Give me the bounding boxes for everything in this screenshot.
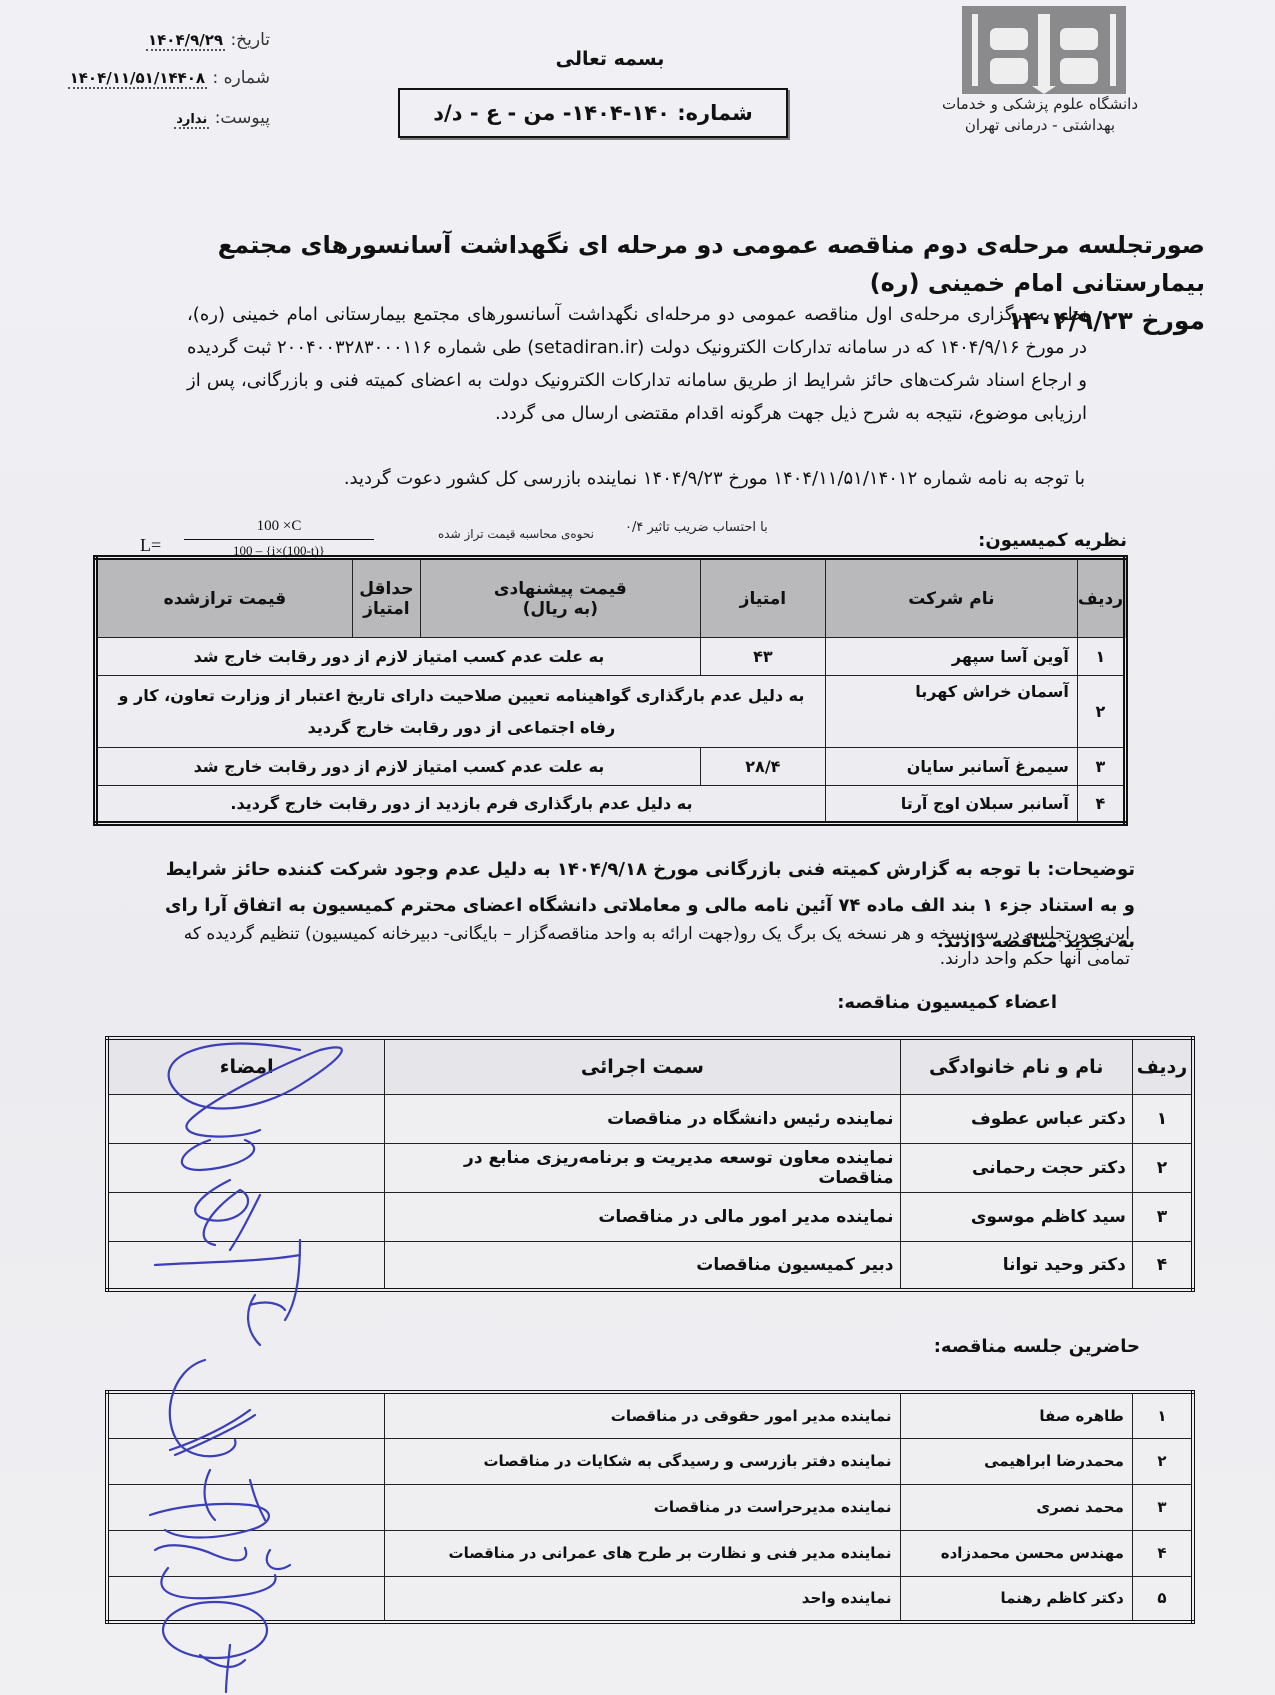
table-row: ۳ سید کاظم موسوی نماینده مدیر امور مالی … bbox=[107, 1192, 1193, 1241]
signature-cell bbox=[107, 1392, 385, 1438]
member-name: دکتر عباس عطوف bbox=[900, 1094, 1132, 1143]
table-row: ۲ آسمان خراش کهربا به دلیل عدم بارگذاری … bbox=[96, 676, 1126, 748]
member-name: دکتر وحید توانا bbox=[900, 1241, 1132, 1290]
table-row: ۱ آوین آسا سپهر ۴۳ به علت عدم کسب امتیاز… bbox=[96, 638, 1126, 676]
attendee-name: طاهره صفا bbox=[900, 1392, 1132, 1438]
attendee-position: نماینده مدیرحراست در مناقصات bbox=[385, 1484, 900, 1530]
signature-cell bbox=[107, 1530, 385, 1576]
row-index: ۳ bbox=[1077, 748, 1125, 786]
document-page: تاریخ: ۱۴۰۴/۹/۲۹ شماره : ۱۴۰۴/۱۱/۵۱/۱۴۴۰… bbox=[0, 0, 1275, 1695]
attendee-position: نماینده دفتر بازرسی و رسیدگی به شکایات د… bbox=[385, 1438, 900, 1484]
attendee-name: مهندس محسن محمدزاده bbox=[900, 1530, 1132, 1576]
member-position: نماینده معاون توسعه مدیریت و برنامه‌ریزی… bbox=[385, 1143, 900, 1192]
member-name: دکتر حجت رحمانی bbox=[900, 1143, 1132, 1192]
member-position: نماینده رئیس دانشگاه در مناقصات bbox=[385, 1094, 900, 1143]
signature-cell bbox=[107, 1438, 385, 1484]
attachment-value: ندارد bbox=[174, 112, 209, 129]
committee-members-table: ردیف نام و نام خانوادگی سمت اجرائی امضاء… bbox=[105, 1036, 1195, 1292]
university-name-line2: بهداشتی - درمانی تهران bbox=[940, 115, 1140, 136]
committee-members-heading: اعضاء کمیسیون مناقصه: bbox=[837, 992, 1057, 1013]
table-row: ۴ مهندس محسن محمدزاده نماینده مدیر فنی و… bbox=[107, 1530, 1193, 1576]
date-label: تاریخ: bbox=[230, 30, 270, 50]
row-index: ۳ bbox=[1132, 1192, 1193, 1241]
table-row: ۲ محمدرضا ابراهیمی نماینده دفتر بازرسی و… bbox=[107, 1438, 1193, 1484]
result-note: به دلیل عدم بارگذاری گواهینامه تعیین صلا… bbox=[96, 676, 826, 748]
table-header-row: ردیف نام شرکت امتیاز قیمت پیشنهادی (به ر… bbox=[96, 558, 1126, 638]
col-index: ردیف bbox=[1077, 558, 1125, 638]
attachment-label: پیوست: bbox=[215, 108, 270, 128]
attachment-field: پیوست: ندارد bbox=[40, 108, 270, 128]
bismillah-heading: بسمه تعالی bbox=[540, 48, 680, 70]
member-name: سید کاظم موسوی bbox=[900, 1192, 1132, 1241]
result-note: به علت عدم کسب امتیاز لازم از دور رقابت … bbox=[96, 748, 701, 786]
number-label: شماره : bbox=[213, 68, 271, 88]
table-header-row: ردیف نام و نام خانوادگی سمت اجرائی امضاء bbox=[107, 1038, 1193, 1094]
signature-cell bbox=[107, 1143, 385, 1192]
table-row: ۱ طاهره صفا نماینده مدیر امور حقوقی در م… bbox=[107, 1392, 1193, 1438]
formula-lhs: L= bbox=[140, 535, 161, 556]
attendee-position: نماینده مدیر امور حقوقی در مناقصات bbox=[385, 1392, 900, 1438]
row-index: ۴ bbox=[1077, 786, 1125, 824]
col-min-line1: حداقل bbox=[353, 579, 420, 599]
row-index: ۴ bbox=[1132, 1530, 1193, 1576]
row-index: ۲ bbox=[1132, 1143, 1193, 1192]
table-row: ۱ دکتر عباس عطوف نماینده رئیس دانشگاه در… bbox=[107, 1094, 1193, 1143]
date-field: تاریخ: ۱۴۰۴/۹/۲۹ bbox=[40, 30, 270, 50]
col-score: امتیاز bbox=[700, 558, 825, 638]
company-name: آسمان خراش کهربا bbox=[825, 676, 1077, 748]
col-min-line2: امتیاز bbox=[353, 599, 420, 619]
col-index: ردیف bbox=[1132, 1038, 1193, 1094]
formula-fraction: 100 ×C 100 – {i×(100-t)} bbox=[184, 518, 374, 559]
col-price-line2: (به ریال) bbox=[421, 599, 700, 619]
commission-opinion-table: ردیف نام شرکت امتیاز قیمت پیشنهادی (به ر… bbox=[93, 555, 1128, 826]
row-index: ۱ bbox=[1077, 638, 1125, 676]
formula-numerator: 100 ×C bbox=[184, 518, 374, 540]
university-name-line1: دانشگاه علوم پزشکی و خدمات bbox=[940, 94, 1140, 115]
row-index: ۱ bbox=[1132, 1094, 1193, 1143]
attendees-heading: حاضرین جلسه مناقصه: bbox=[934, 1336, 1140, 1357]
attendees-table: ۱ طاهره صفا نماینده مدیر امور حقوقی در م… bbox=[105, 1390, 1195, 1624]
signature-cell bbox=[107, 1192, 385, 1241]
company-name: سیمرغ آسانبر سایان bbox=[825, 748, 1077, 786]
col-name: نام و نام خانوادگی bbox=[900, 1038, 1132, 1094]
signature-cell bbox=[107, 1241, 385, 1290]
score-value: ۲۸/۴ bbox=[700, 748, 825, 786]
col-position: سمت اجرائی bbox=[385, 1038, 900, 1094]
copies-note: این صورتجلسه در سه نسخه و هر نسخه یک برگ… bbox=[140, 922, 1130, 972]
row-index: ۱ bbox=[1132, 1392, 1193, 1438]
col-signature: امضاء bbox=[107, 1038, 385, 1094]
table-row: ۴ دکتر وحید توانا دبیر کمیسیون مناقصات bbox=[107, 1241, 1193, 1290]
member-position: دبیر کمیسیون مناقصات bbox=[385, 1241, 900, 1290]
signature-cell bbox=[107, 1094, 385, 1143]
intro-paragraph: نظر به برگزاری مرحله‌ی اول مناقصه عمومی … bbox=[187, 298, 1087, 430]
table-row: ۳ محمد نصری نماینده مدیرحراست در مناقصات bbox=[107, 1484, 1193, 1530]
coefficient-note: با احتساب ضریب تاثیر ۰/۴ bbox=[625, 520, 768, 535]
col-min-score: حداقل امتیاز bbox=[352, 558, 420, 638]
university-logo-icon bbox=[962, 6, 1126, 94]
title-line1: صورتجلسه مرحله‌ی دوم مناقصه عمومی دو مرح… bbox=[155, 226, 1205, 302]
attendee-position: نماینده واحد bbox=[385, 1576, 900, 1622]
member-position: نماینده مدیر امور مالی در مناقصات bbox=[385, 1192, 900, 1241]
result-note: به دلیل عدم بارگذاری فرم بازدید از دور ر… bbox=[96, 786, 826, 824]
company-name: آوین آسا سپهر bbox=[825, 638, 1077, 676]
table-row: ۵ دکتر کاظم رهنما نماینده واحد bbox=[107, 1576, 1193, 1622]
date-value: ۱۴۰۴/۹/۲۹ bbox=[146, 31, 225, 51]
result-note: به علت عدم کسب امتیاز لازم از دور رقابت … bbox=[96, 638, 701, 676]
row-index: ۲ bbox=[1132, 1438, 1193, 1484]
attendee-name: محمد نصری bbox=[900, 1484, 1132, 1530]
commission-opinion-heading: نظریه کمیسیون: bbox=[978, 530, 1127, 551]
row-index: ۲ bbox=[1077, 676, 1125, 748]
signature-cell bbox=[107, 1576, 385, 1622]
inspector-paragraph: با توجه به نامه شماره ۱۴۰۴/۱۱/۵۱/۱۴۰۱۲ م… bbox=[175, 462, 1085, 495]
number-value: ۱۴۰۴/۱۱/۵۱/۱۴۴۰۸ bbox=[68, 69, 207, 89]
row-index: ۵ bbox=[1132, 1576, 1193, 1622]
col-leveled-price: قیمت ترازشده bbox=[96, 558, 353, 638]
score-value: ۴۳ bbox=[700, 638, 825, 676]
signature-cell bbox=[107, 1484, 385, 1530]
table-row: ۴ آسانبر سبلان اوج آرتا به دلیل عدم بارگ… bbox=[96, 786, 1126, 824]
table-row: ۳ سیمرغ آسانبر سایان ۲۸/۴ به علت عدم کسب… bbox=[96, 748, 1126, 786]
col-price: قیمت پیشنهادی (به ریال) bbox=[420, 558, 700, 638]
row-index: ۴ bbox=[1132, 1241, 1193, 1290]
university-name: دانشگاه علوم پزشکی و خدمات بهداشتی - درم… bbox=[940, 94, 1140, 136]
company-name: آسانبر سبلان اوج آرتا bbox=[825, 786, 1077, 824]
formula-caption: نحوه‌ی محاسبه قیمت تراز شده bbox=[438, 527, 594, 541]
logo-emblem-icon bbox=[962, 6, 1126, 94]
attendee-name: محمدرضا ابراهیمی bbox=[900, 1438, 1132, 1484]
number-field: شماره : ۱۴۰۴/۱۱/۵۱/۱۴۴۰۸ bbox=[40, 68, 270, 88]
col-price-line1: قیمت پیشنهادی bbox=[421, 579, 700, 599]
col-company: نام شرکت bbox=[825, 558, 1077, 638]
attendee-name: دکتر کاظم رهنما bbox=[900, 1576, 1132, 1622]
table-row: ۲ دکتر حجت رحمانی نماینده معاون توسعه مد… bbox=[107, 1143, 1193, 1192]
reference-number-box: شماره: ۱۴۰-۱۴۰۴- من - ع - د/د bbox=[398, 88, 788, 138]
attendee-position: نماینده مدیر فنی و نظارت بر طرح های عمرا… bbox=[385, 1530, 900, 1576]
row-index: ۳ bbox=[1132, 1484, 1193, 1530]
